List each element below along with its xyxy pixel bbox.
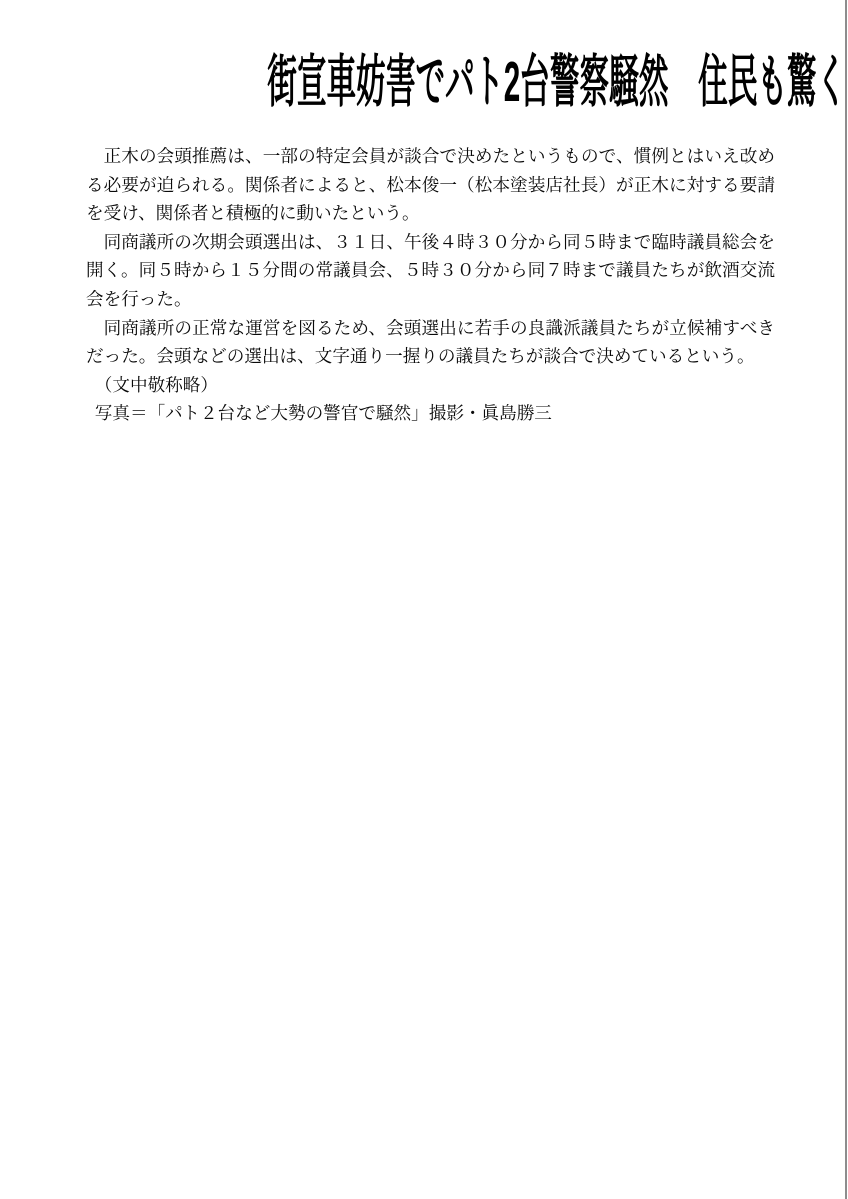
honorifics-omitted-note: （文中敬称略） (86, 371, 775, 400)
article-body: 正木の会頭推薦は、一部の特定会員が談合で決めたというもので、慣例とはいえ改める必… (86, 142, 775, 428)
page-edge-line (845, 0, 847, 1199)
headline: 街宣車妨害でパト2台警察騒然 住民も驚く (0, 50, 848, 114)
paragraph-1: 正木の会頭推薦は、一部の特定会員が談合で決めたというもので、慣例とはいえ改める必… (86, 142, 775, 228)
paragraph-3: 同商議所の正常な運営を図るため、会頭選出に若手の良識派議員たちが立候補すべきだっ… (86, 314, 775, 371)
photo-caption-credit: 写真＝「パト２台など大勢の警官で騒然」撮影・眞島勝三 (86, 399, 775, 428)
document-page: 街宣車妨害でパト2台警察騒然 住民も驚く 正木の会頭推薦は、一部の特定会員が談合… (0, 0, 848, 1199)
paragraph-2: 同商議所の次期会頭選出は、３１日、午後４時３０分から同５時まで臨時議員総会を開く… (86, 228, 775, 314)
headline-text: 街宣車妨害でパト2台警察騒然 住民も驚く (267, 50, 846, 114)
